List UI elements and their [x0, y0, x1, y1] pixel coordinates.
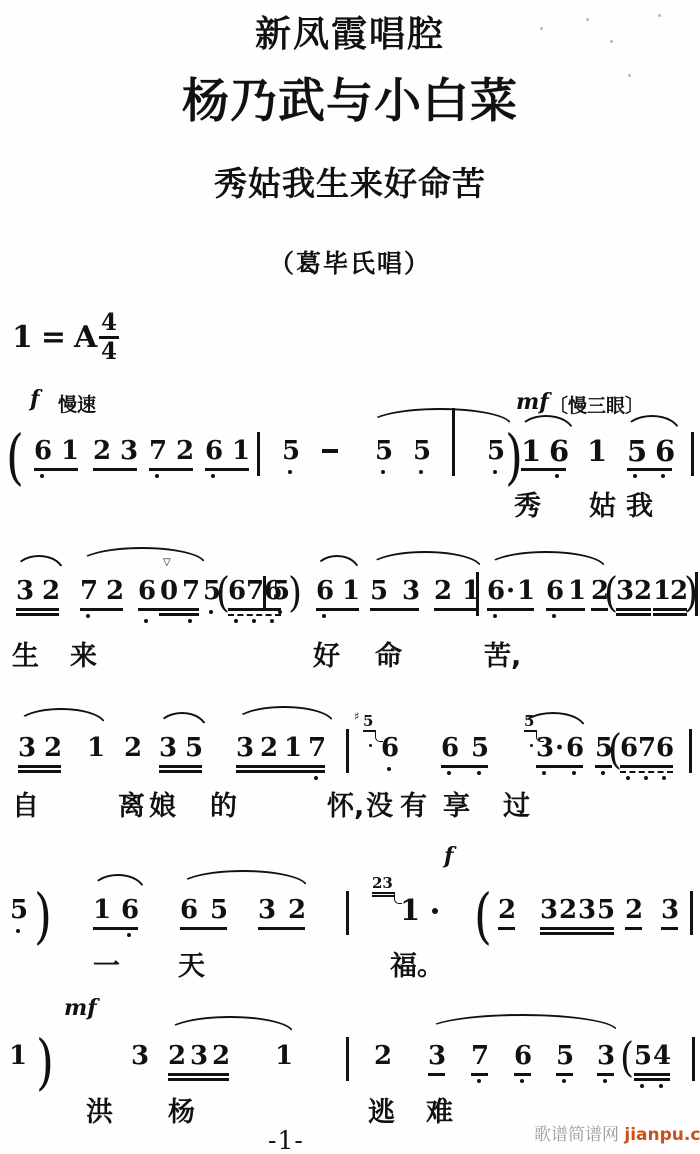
- print-speck: [540, 27, 543, 30]
- octave-dot: [387, 767, 391, 771]
- note-digit: 6: [381, 735, 398, 762]
- note-digit: 3: [190, 1043, 207, 1070]
- octave-dot: [562, 1079, 566, 1083]
- note-digit: 2: [374, 1043, 391, 1070]
- octave-dot: [552, 614, 556, 618]
- note-digit: 3: [258, 897, 275, 924]
- note-token: 5: [282, 438, 299, 465]
- octave-dot: [555, 474, 559, 478]
- note-digit: 6: [441, 735, 458, 762]
- note-token: 1: [275, 1043, 292, 1070]
- note-digit: 2: [559, 897, 576, 924]
- note-digit: 7: [80, 578, 97, 605]
- beam-underline: [434, 608, 479, 611]
- watermark-site-name: 歌谱简谱网: [534, 1125, 624, 1145]
- note-token: 2: [498, 897, 515, 924]
- note-digit: 6: [138, 578, 155, 605]
- beam-underline: [521, 468, 566, 471]
- note-digit: 5: [185, 735, 202, 762]
- octave-dot: [477, 1079, 481, 1083]
- lyric-syllable: 福。: [390, 944, 444, 983]
- octave-dot: [640, 1084, 644, 1088]
- beam-underline: [180, 927, 227, 930]
- note-digit: 3: [616, 578, 633, 605]
- note-digit: 7: [149, 438, 166, 465]
- beam-underline: [370, 608, 419, 611]
- note-digit: 3: [661, 897, 678, 924]
- slur: [486, 551, 606, 568]
- octave-dot: [633, 474, 637, 478]
- note-digit: 5: [627, 438, 644, 465]
- octave-dot: [542, 771, 546, 775]
- note-digit: 6: [205, 438, 222, 465]
- slur: [368, 551, 482, 568]
- slur: [178, 870, 308, 887]
- augmentation-dot: [432, 908, 438, 914]
- dynamic-mark: f: [30, 386, 39, 412]
- note-digit: 5: [272, 578, 289, 605]
- print-speck: [586, 18, 589, 21]
- beam-underline: [168, 1078, 229, 1081]
- note-token: 5: [10, 897, 27, 924]
- beam-underline: [653, 613, 687, 616]
- open-paren: (: [620, 1038, 634, 1079]
- note-digit: 1: [87, 735, 104, 762]
- note-digit: 7: [471, 1043, 488, 1070]
- slur: [157, 712, 207, 729]
- note-token: 2: [124, 735, 141, 762]
- beam-underline: [93, 468, 137, 471]
- lyric-syllable: 我: [626, 484, 653, 523]
- beam-underline: [546, 608, 585, 611]
- lyric-syllable: 享: [443, 784, 470, 823]
- note-digit: 3: [18, 735, 35, 762]
- barline: [346, 729, 349, 773]
- barline: [476, 572, 479, 616]
- note-digit: 6: [620, 735, 637, 762]
- slur: [368, 408, 512, 425]
- note-digit: 1: [587, 438, 604, 465]
- note-digit: 6: [656, 735, 673, 762]
- note-token: 72: [149, 438, 193, 465]
- lyric-syllable: 好: [313, 634, 340, 673]
- note-digit: 7: [308, 735, 325, 762]
- octave-dot: [626, 776, 630, 780]
- beam-underline: [556, 1073, 573, 1076]
- beam-underline: [540, 927, 614, 930]
- octave-dot: [86, 614, 90, 618]
- beam-underline: [159, 770, 202, 773]
- slur: [234, 706, 334, 723]
- note-token: 3217: [236, 735, 325, 762]
- beam-underline: [16, 613, 59, 616]
- beam-underline: [471, 1073, 488, 1076]
- note-digit: 0: [160, 578, 177, 605]
- note-token: 53: [370, 578, 419, 605]
- note-token: 232: [168, 1043, 229, 1070]
- lyric-syllable: 命: [375, 634, 402, 673]
- note-digit: 6: [549, 438, 566, 465]
- grace-octave-dot: [530, 744, 533, 747]
- lyric-syllable: 生: [12, 634, 39, 673]
- beam-underline: [620, 771, 673, 773]
- octave-dot: [644, 776, 648, 780]
- note-token: 2: [374, 1043, 391, 1070]
- breath-marker: ▽: [163, 557, 171, 568]
- note-token: 35: [159, 735, 202, 762]
- note-digit: 5: [487, 438, 504, 465]
- note-token: 61: [34, 438, 78, 465]
- octave-dot: [520, 1079, 524, 1083]
- octave-dot: [603, 1079, 607, 1083]
- octave-dot: [234, 619, 238, 623]
- note-digit: 7: [246, 578, 263, 605]
- note-digit: 2: [260, 735, 277, 762]
- beam-underline: [634, 1073, 670, 1076]
- beam-underline: [80, 608, 123, 611]
- note-digit: 3: [159, 735, 176, 762]
- note-digit: 7: [182, 578, 199, 605]
- barline: [691, 432, 694, 476]
- note-digit: 2: [212, 1043, 229, 1070]
- note-token: 65: [441, 735, 488, 762]
- note-token: 3235: [540, 897, 614, 924]
- octave-dot: [659, 1084, 663, 1088]
- beam-underline: [616, 608, 651, 611]
- print-speck: [658, 14, 661, 17]
- note-digit: 2: [625, 897, 642, 924]
- grace-note: 23: [372, 876, 393, 891]
- note-digit: 1: [275, 1043, 292, 1070]
- lyric-syllable: 天: [178, 944, 205, 983]
- note-token: 3: [661, 897, 678, 924]
- note-digit: 1: [93, 897, 110, 924]
- note-token: 1: [9, 1043, 26, 1070]
- lyric-syllable: 的: [210, 784, 237, 823]
- grace-note: 5♯: [363, 714, 373, 729]
- octave-dot: [16, 929, 20, 933]
- beam-underline: [627, 468, 672, 471]
- barline: [346, 891, 349, 935]
- beam-underline: [34, 468, 78, 471]
- barline: [695, 572, 698, 616]
- octave-dot: [144, 619, 148, 623]
- note-token: 56: [627, 438, 672, 465]
- beam-underline: [597, 1073, 614, 1076]
- octave-dot: [155, 474, 159, 478]
- slur: [91, 874, 145, 891]
- octave-dot: [188, 619, 192, 623]
- note-token: 16: [521, 438, 566, 465]
- lyric-syllable: 娘: [149, 784, 176, 823]
- note-digit: 6: [316, 578, 333, 605]
- note-digit: 2: [634, 578, 651, 605]
- print-speck: [610, 40, 613, 43]
- note-token: 5: [556, 1043, 573, 1070]
- beam-underline: [236, 765, 325, 768]
- octave-dot: [127, 933, 131, 937]
- slur: [426, 1014, 618, 1031]
- note-token: 61: [205, 438, 249, 465]
- note-digit: 1: [568, 578, 585, 605]
- lyric-syllable: 自: [12, 784, 39, 823]
- beam-underline: [498, 927, 515, 930]
- note-digit: 5: [471, 735, 488, 762]
- sheet-music-page: 新凤霞唱腔 杨乃武与小白菜 秀姑我生来好命苦 （葛毕氏唱） 1=A 44 (61…: [0, 0, 700, 1154]
- barline: [692, 1037, 695, 1081]
- octave-dot: [211, 474, 215, 478]
- beam-underline: [16, 608, 59, 611]
- octave-dot: [662, 776, 666, 780]
- beam-underline: [661, 927, 678, 930]
- beam-underline: [634, 1078, 670, 1081]
- beam-underline: [536, 765, 583, 768]
- grace-note: 5: [524, 714, 534, 729]
- slur: [78, 547, 206, 564]
- note-digit: 1: [400, 897, 417, 924]
- note-digit: 7: [638, 735, 655, 762]
- duration-dash: [322, 449, 338, 453]
- note-digit: 2: [176, 438, 193, 465]
- octave-dot: [40, 474, 44, 478]
- beam-underline: [653, 608, 687, 611]
- lyric-syllable: 难: [426, 1090, 453, 1129]
- note-digit: 2: [168, 1043, 185, 1070]
- note-token: 32: [18, 735, 61, 762]
- note-digit: 1: [653, 578, 670, 605]
- beam-underline: [236, 770, 325, 773]
- note-token: 6: [381, 735, 398, 762]
- note-digit: 5: [413, 438, 430, 465]
- grace-octave-dot: [369, 744, 372, 747]
- octave-dot: [493, 614, 497, 618]
- lyric-syllable: 洪: [86, 1090, 113, 1129]
- note-digit: 3: [16, 578, 33, 605]
- note-digit: 3: [236, 735, 253, 762]
- octave-dot: [270, 619, 274, 623]
- beam-underline: [620, 765, 673, 768]
- dynamic-mark: mf: [64, 995, 97, 1021]
- note-token: 5: [272, 578, 289, 605]
- beam-underline: [168, 1073, 229, 1076]
- lyric-syllable: 来: [70, 634, 97, 673]
- note-token: 16: [93, 897, 138, 924]
- open-paren: (: [474, 886, 492, 946]
- beam-underline: [18, 765, 61, 768]
- octave-dot: [381, 470, 385, 474]
- watermark: 歌谱简谱网 jianpu.cn: [534, 1120, 700, 1145]
- note-digit: 5: [282, 438, 299, 465]
- note-token: 61: [546, 578, 585, 605]
- note-digit: 6: [566, 735, 583, 762]
- lyric-syllable: 怀,: [327, 784, 364, 823]
- note-digit: 2: [44, 735, 61, 762]
- note-token: 6: [514, 1043, 531, 1070]
- lyric-syllable: 过: [503, 784, 530, 823]
- note-digit: 1: [61, 438, 78, 465]
- note-digit: 3: [402, 578, 419, 605]
- note-token: 65: [180, 897, 227, 924]
- note-token: 32: [616, 578, 651, 605]
- barline: [346, 1037, 349, 1081]
- note-digit: 1: [232, 438, 249, 465]
- note-digit: 2: [124, 735, 141, 762]
- note-digit: 5: [597, 897, 614, 924]
- note-digit: 6: [180, 897, 197, 924]
- grace-underline: [372, 892, 395, 894]
- note-token: 1: [400, 897, 417, 924]
- note-digit: 1: [342, 578, 359, 605]
- barline: [452, 408, 455, 476]
- note-digit: 2: [42, 578, 59, 605]
- tempo-mark: 慢速: [58, 390, 96, 417]
- open-paren: (: [6, 427, 24, 487]
- sharp-icon: ♯: [354, 709, 359, 724]
- note-digit: 3: [578, 897, 595, 924]
- octave-dot: [493, 470, 497, 474]
- note-digit: 1: [517, 578, 534, 605]
- note-digit: 1: [9, 1043, 26, 1070]
- note-digit: 6: [228, 578, 245, 605]
- slur: [166, 1016, 294, 1033]
- watermark-link[interactable]: jianpu.cn: [624, 1125, 700, 1145]
- barline: [263, 576, 266, 610]
- note-digit: 6: [655, 438, 672, 465]
- dynamic-mark: mf: [516, 389, 549, 415]
- close-paren: ): [34, 886, 52, 946]
- beam-underline: [428, 1073, 445, 1076]
- note-token: 23: [93, 438, 137, 465]
- note-token: 1: [87, 735, 104, 762]
- note-token: 3: [597, 1043, 614, 1070]
- octave-dot: [419, 470, 423, 474]
- slur: [314, 555, 360, 572]
- note-digit: 3: [597, 1043, 614, 1070]
- note-digit: 5: [556, 1043, 573, 1070]
- note-token: 61: [316, 578, 359, 605]
- note-token: 32: [16, 578, 59, 605]
- close-paren: ): [288, 573, 302, 614]
- lyric-syllable: 姑: [589, 484, 616, 523]
- octave-dot: [209, 610, 213, 614]
- note-digit: 4: [653, 1043, 670, 1070]
- note-token: 1: [587, 438, 604, 465]
- note-digit: 2: [288, 897, 305, 924]
- note-token: 3: [428, 1043, 445, 1070]
- note-digit: 3: [120, 438, 137, 465]
- note-token: 3: [131, 1043, 148, 1070]
- note-digit: 6: [546, 578, 563, 605]
- note-digit: 2: [434, 578, 451, 605]
- note-token: 32: [258, 897, 305, 924]
- beam-underline: [258, 927, 305, 930]
- lyric-syllable: 苦,: [484, 634, 521, 673]
- beam-underline: [625, 927, 642, 930]
- beam-underline: [441, 765, 488, 768]
- note-digit: 3: [131, 1043, 148, 1070]
- beam-underline: [514, 1073, 531, 1076]
- octave-dot: [447, 771, 451, 775]
- note-digit: 6: [514, 1043, 531, 1070]
- note-digit: 5: [370, 578, 387, 605]
- lyric-syllable: 杨: [168, 1090, 195, 1129]
- note-token: 2: [625, 897, 642, 924]
- tempo-mark: 〔慢三眼〕: [549, 391, 644, 418]
- close-paren: ): [36, 1032, 54, 1092]
- note-digit: 2: [93, 438, 110, 465]
- beam-underline: [205, 468, 249, 471]
- lyric-syllable: 离: [118, 784, 145, 823]
- octave-dot: [661, 474, 665, 478]
- note-token: 54: [634, 1043, 670, 1070]
- beam-underline: [138, 608, 199, 611]
- lyric-syllable: 一: [93, 944, 120, 983]
- page-number: -1-: [268, 1126, 304, 1154]
- note-token: 607: [138, 578, 199, 605]
- beam-underline: [316, 608, 359, 611]
- beam-underline: [228, 608, 281, 611]
- beam-underline: [159, 765, 202, 768]
- note-digit: 1: [521, 438, 538, 465]
- beam-underline: [616, 613, 651, 616]
- note-token: 21: [434, 578, 479, 605]
- note-digit: 5: [375, 438, 392, 465]
- slur: [14, 555, 64, 572]
- barline: [257, 432, 260, 476]
- note-digit: 6: [121, 897, 138, 924]
- score: (612372615555)16156秀姑我32726075(6765)6153…: [0, 0, 700, 1154]
- note-digit: 5: [634, 1043, 651, 1070]
- note-digit: 3: [428, 1043, 445, 1070]
- beam-underline: [228, 614, 281, 616]
- lyric-syllable: 没: [366, 784, 393, 823]
- beam-underline: [93, 927, 138, 930]
- note-token: 7: [471, 1043, 488, 1070]
- slur: [16, 708, 106, 725]
- octave-dot: [601, 771, 605, 775]
- beam-underline: [159, 613, 199, 616]
- note-digit: 2: [498, 897, 515, 924]
- octave-dot: [572, 771, 576, 775]
- note-digit: 5: [210, 897, 227, 924]
- beam-underline: [18, 770, 61, 773]
- note-digit: 3: [540, 897, 557, 924]
- note-token: 5: [413, 438, 430, 465]
- barline: [690, 891, 693, 935]
- octave-dot: [314, 776, 318, 780]
- note-token: 3·6: [536, 735, 583, 762]
- barline: [689, 729, 692, 773]
- note-digit: 2: [106, 578, 123, 605]
- note-token: 5: [487, 438, 504, 465]
- note-digit: 6: [34, 438, 51, 465]
- octave-dot: [288, 470, 292, 474]
- note-token: 72: [80, 578, 123, 605]
- octave-dot: [252, 619, 256, 623]
- print-speck: [628, 74, 631, 77]
- beam-underline: [487, 608, 534, 611]
- note-token: 676: [620, 735, 673, 762]
- grace-underline: [372, 895, 395, 897]
- octave-dot: [278, 610, 282, 614]
- beam-underline: [149, 468, 193, 471]
- note-digit: 5: [10, 897, 27, 924]
- beam-underline: [540, 932, 614, 935]
- dynamic-mark: f: [444, 843, 453, 869]
- lyric-syllable: 秀: [514, 484, 541, 523]
- octave-dot: [477, 771, 481, 775]
- note-digit: 1: [284, 735, 301, 762]
